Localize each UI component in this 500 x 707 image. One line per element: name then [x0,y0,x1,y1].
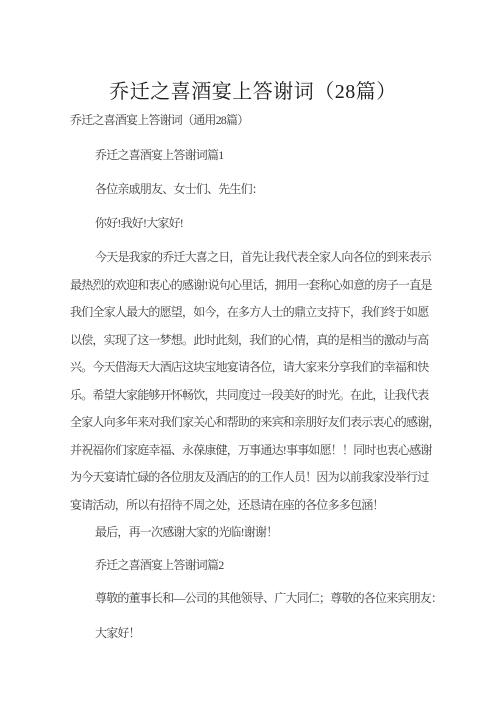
section2-heading: 乔迁之喜酒宴上答谢词篇2 [70,552,436,580]
paragraph-line: 最热烈的欢迎和衷心的感谢!说句心里话，拥用一套称心如意的房子一直是 [70,272,436,300]
paragraph-line: 以偿，实现了这一梦想。此时此刻，我们的心情，真的是相当的激动与高 [70,327,436,355]
section1-closing: 最后，再一次感谢大家的光临!谢谢！ [70,519,436,547]
paragraph-line: 我们全家人最大的愿望，如今，在多方人士的鼎立支持下，我们终于如愿 [70,299,436,327]
document-content: 乔迁之喜酒宴上答谢词（28篇） 乔迁之喜酒宴上答谢词（通用28篇） 乔迁之喜酒宴… [0,79,500,648]
paragraph-line: 今天是我家的乔迁大喜之日，首先让我代表全家人向各位的到来表示 [70,244,436,272]
paragraph-line: 乐。希望大家能够开怀畅饮，共同度过一段美好的时光。在此，让我代表 [70,382,436,410]
section1-paragraph: 今天是我家的乔迁大喜之日，首先让我代表全家人向各位的到来表示 最热烈的欢迎和衷心… [70,244,436,519]
paragraph-line: 全家人向多年来对我们家关心和帮助的来宾和亲朋好友们表示衷心的感谢， [70,409,436,437]
section1-greeting: 你好!我好!大家好! [70,210,436,238]
section1-salutation: 各位亲戚朋友、女士们、先生们： [70,176,436,204]
paragraph-line: 为今天宴请忙碌的各位朋友及酒店的的工作人员！因为以前我家没举行过 [70,464,436,492]
paragraph-line: 兴。今天借海天大酒店这块宝地宴请各位，请大家来分享我们的幸福和快 [70,354,436,382]
document-page: 乔迁之喜酒宴上答谢词（28篇） 乔迁之喜酒宴上答谢词（通用28篇） 乔迁之喜酒宴… [0,0,500,707]
paragraph-line: 宴请活动，所以有招待不周之处，还恳请在座的各位多多包涵！ [70,492,436,520]
section2-greeting: 大家好！ [70,620,436,648]
document-title: 乔迁之喜酒宴上答谢词（28篇） [70,79,436,107]
document-subtitle: 乔迁之喜酒宴上答谢词（通用28篇） [70,107,436,135]
section2-salutation: 尊敬的董事长和—公司的其他领导、广大同仁；尊敬的各位来宾朋友： [70,585,436,613]
paragraph-line: 并祝福你们家庭幸福、永葆康健，万事通达!事事如愿！！同时也衷心感谢 [70,437,436,465]
section1-heading: 乔迁之喜酒宴上答谢词篇1 [70,142,436,170]
